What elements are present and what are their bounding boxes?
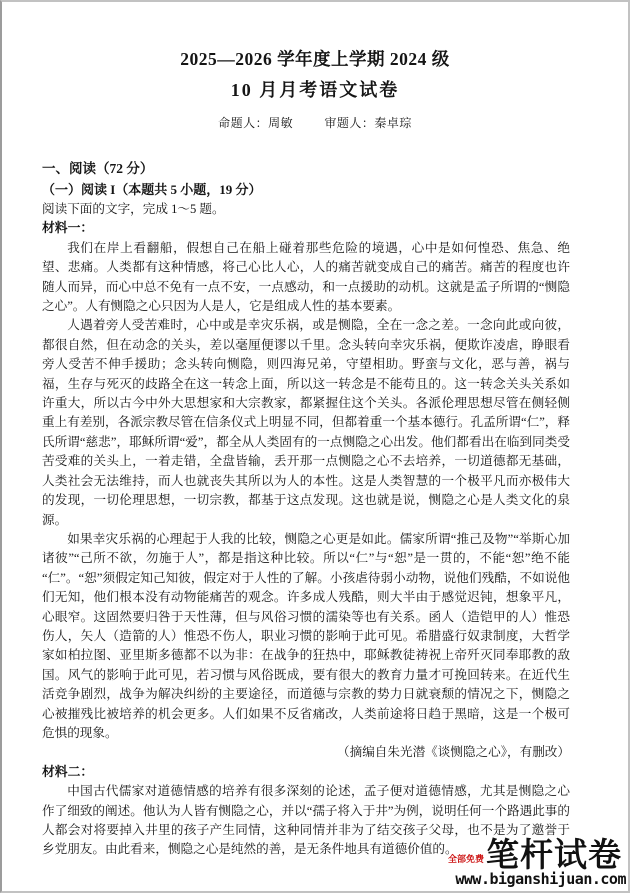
material-1-attribution: （摘编自朱光潜《谈恻隐之心》，有删改） [42, 743, 570, 762]
watermark-brand: 笔杆试卷 [486, 839, 626, 870]
exam-paper-page: 2025—2026 学年度上学期 2024 级 10 月月考语文试卷 命题人：周… [0, 0, 630, 893]
watermark: 全部免费 笔杆试卷 www.biganshijuan.com [448, 839, 626, 888]
exam-title-line2: 10 月月考语文试卷 [2, 79, 628, 102]
exam-title-line1: 2025—2026 学年度上学期 2024 级 [2, 48, 628, 70]
setter-name: 命题人：周敏 [218, 116, 293, 130]
exam-header: 2025—2026 学年度上学期 2024 级 10 月月考语文试卷 命题人：周… [2, 2, 628, 131]
examiners-line: 命题人：周敏审题人：秦卓琮 [2, 115, 628, 131]
material-1-paragraph: 我们在岸上看翻船，假想自己在船上碰着那些危险的境遇，心中是如何惶恐、焦急、绝望、… [42, 239, 570, 317]
reviewer-name: 审题人：秦卓琮 [324, 116, 412, 130]
material-1-paragraph: 如果幸灾乐祸的心理起于人我的比较，恻隐之心更是如此。儒家所谓“推己及物”“举斯心… [42, 530, 570, 743]
subsection-title-reading-1: （一）阅读 I（本题共 5 小题，19 分） [42, 179, 570, 200]
exam-body: 一、阅读（72 分） （一）阅读 I（本题共 5 小题，19 分） 阅读下面的文… [42, 158, 570, 860]
section-title-reading: 一、阅读（72 分） [42, 158, 570, 179]
watermark-url: www.biganshijuan.com [448, 871, 626, 888]
material-1-paragraph: 人遇着旁人受苦难时，心中或是幸灾乐祸，或是恻隐，全在一念之差。一念向此或向彼，都… [42, 316, 570, 529]
watermark-free-label: 全部免费 [448, 856, 484, 865]
watermark-top-row: 全部免费 笔杆试卷 [448, 839, 626, 870]
reading-instruction: 阅读下面的文字，完成 1～5 题。 [42, 200, 570, 219]
material-1-label: 材料一： [42, 219, 570, 238]
material-2-label: 材料二： [42, 763, 570, 782]
